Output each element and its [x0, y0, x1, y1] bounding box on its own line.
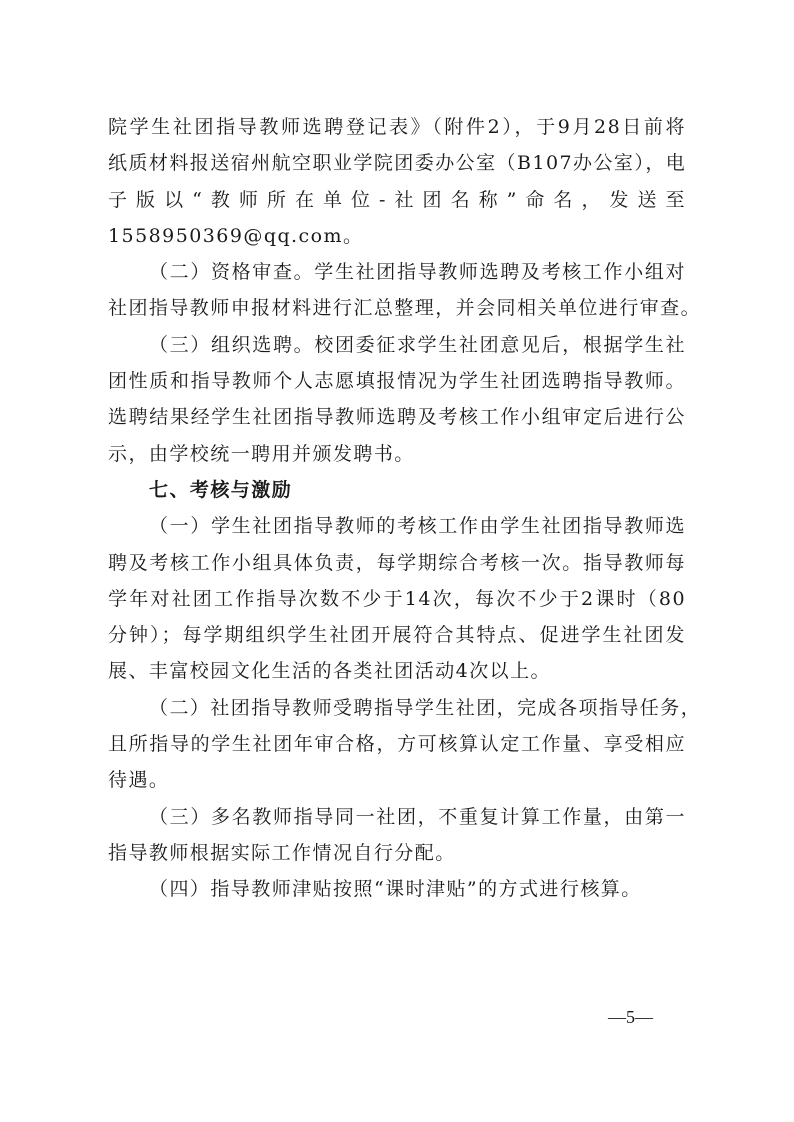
- text-line: 院学生社团指导教师选聘登记表》（附件2），于9月28日前将: [108, 109, 686, 145]
- text-line: 1558950369@qq.com。: [108, 218, 686, 254]
- text-line: 选聘结果经学生社团指导教师选聘及考核工作小组审定后进行公: [108, 399, 686, 435]
- text-line: 待遇。: [108, 762, 686, 798]
- text-line: 学年对社团工作指导次数不少于14次，每次不少于2课时（80: [108, 581, 686, 617]
- text-line: （一）学生社团指导教师的考核工作由学生社团指导教师选: [108, 508, 686, 544]
- text-line: 展、丰富校园文化生活的各类社团活动4次以上。: [108, 653, 686, 689]
- text-line: （三）多名教师指导同一社团，不重复计算工作量，由第一: [108, 799, 686, 835]
- text-line: 聘及考核工作小组具体负责，每学期综合考核一次。指导教师每: [108, 545, 686, 581]
- text-line: 且所指导的学生社团年审合格，方可核算认定工作量、享受相应: [108, 726, 686, 762]
- section-heading: 七、考核与激励: [108, 472, 686, 508]
- text-line: 纸质材料报送宿州航空职业学院团委办公室（B107办公室），电: [108, 145, 686, 181]
- text-line: （四）指导教师津贴按照“课时津贴”的方式进行核算。: [108, 871, 686, 907]
- document-body: 院学生社团指导教师选聘登记表》（附件2），于9月28日前将 纸质材料报送宿州航空…: [108, 109, 686, 908]
- text-line: （二）资格审查。学生社团指导教师选聘及考核工作小组对: [108, 254, 686, 290]
- text-line: 示，由学校统一聘用并颁发聘书。: [108, 436, 686, 472]
- text-line: （二）社团指导教师受聘指导学生社团，完成各项指导任务，: [108, 690, 686, 726]
- text-line: （三）组织选聘。校团委征求学生社团意见后，根据学生社: [108, 327, 686, 363]
- text-line: 子版以“教师所在单位-社团名称”命名，发送至: [108, 182, 686, 218]
- text-line: 分钟）；每学期组织学生社团开展符合其特点、促进学生社团发: [108, 617, 686, 653]
- page-number: —5—: [608, 1007, 653, 1028]
- text-line: 团性质和指导教师个人志愿填报情况为学生社团选聘指导教师。: [108, 363, 686, 399]
- text-line: 指导教师根据实际工作情况自行分配。: [108, 835, 686, 871]
- text-line: 社团指导教师申报材料进行汇总整理，并会同相关单位进行审查。: [108, 290, 686, 326]
